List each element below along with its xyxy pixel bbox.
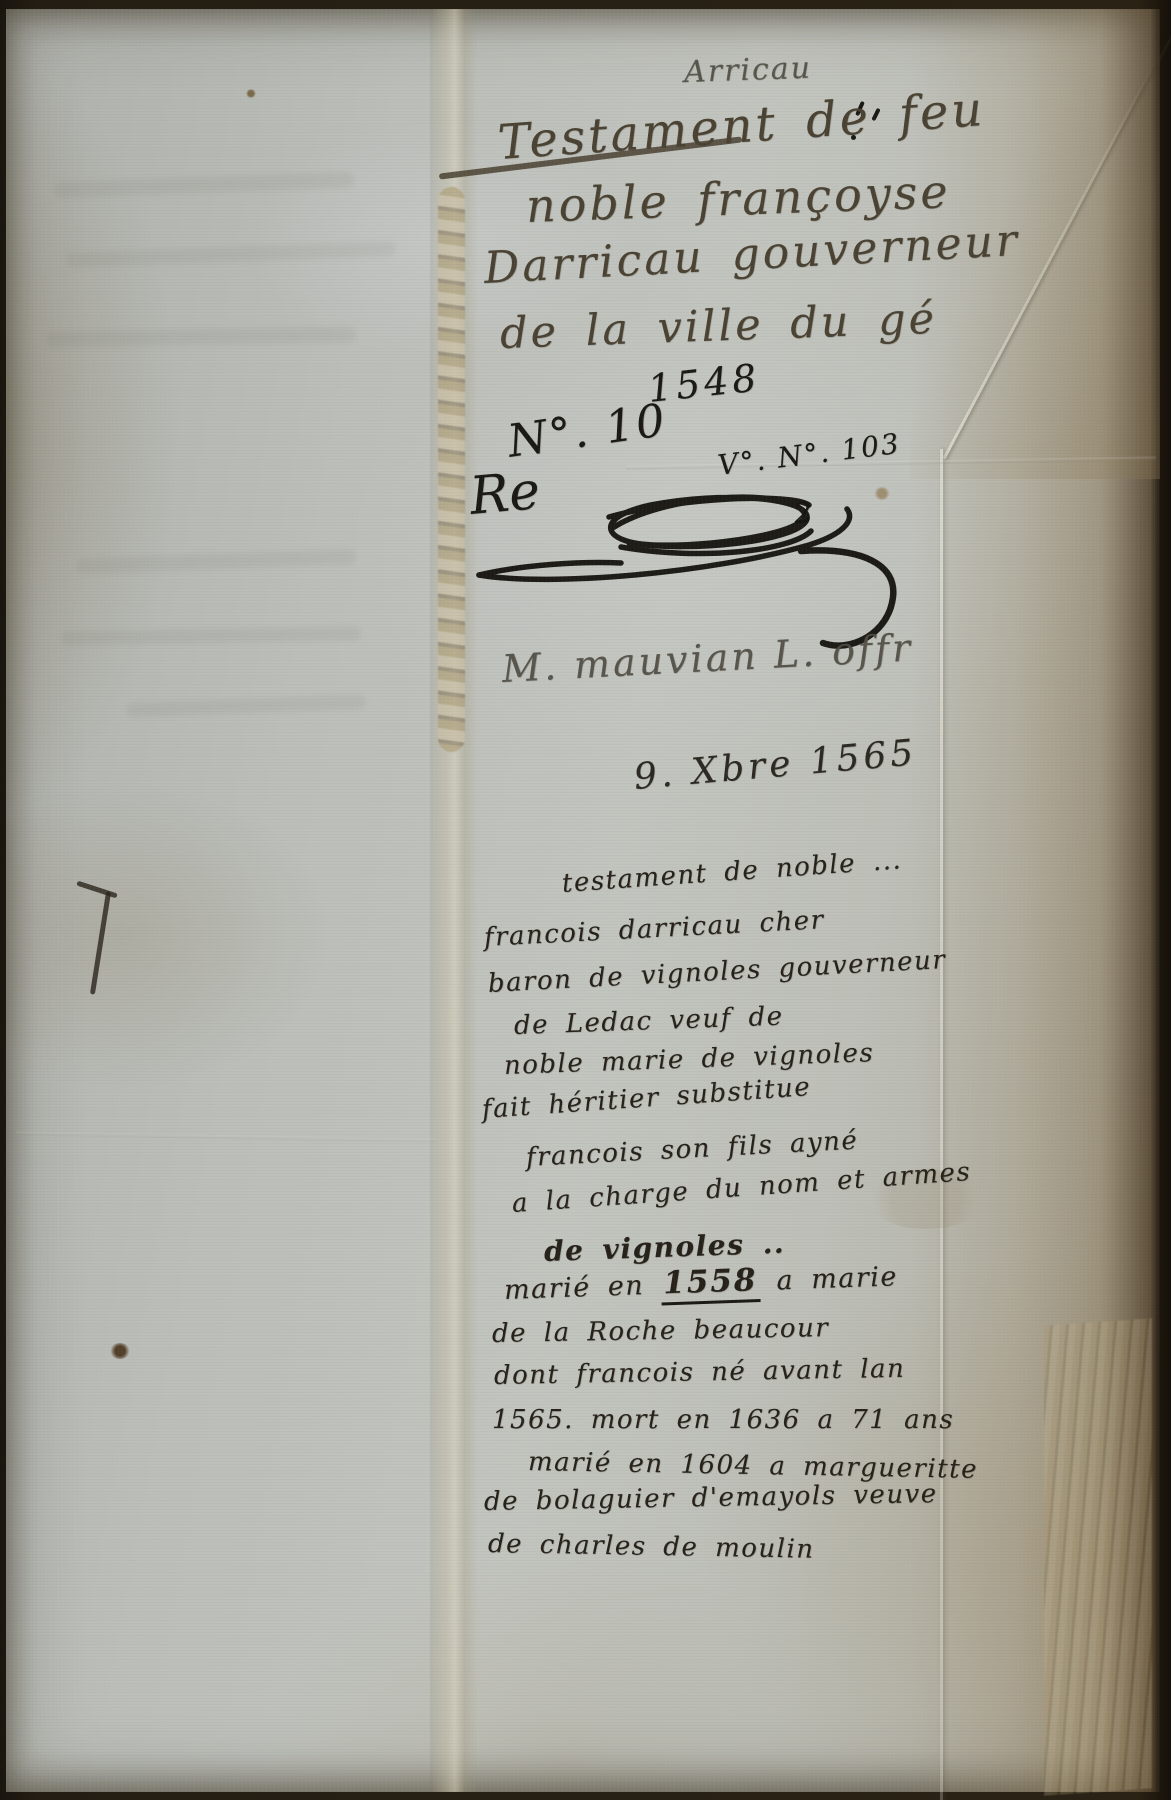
horizontal-crease bbox=[16, 1131, 436, 1142]
note-line: de charles de moulin bbox=[488, 1529, 815, 1565]
marriage-year-underlined: 1558 bbox=[661, 1262, 761, 1305]
stain bbox=[246, 89, 256, 98]
note-line: testament de noble ... bbox=[561, 845, 903, 899]
bleedthrough-mark bbox=[126, 695, 366, 717]
manuscript-page: Arricau Testament de feu noble françoyse… bbox=[6, 9, 1160, 1792]
title-line-4: de la ville du gé bbox=[499, 294, 938, 359]
stain bbox=[110, 1343, 130, 1359]
note-line: de Ledac veuf de bbox=[513, 1002, 784, 1041]
ink-smudge bbox=[90, 891, 111, 995]
bleedthrough-mark bbox=[46, 326, 356, 347]
ink-smudge bbox=[76, 881, 117, 899]
note-line: noble marie de vignoles bbox=[503, 1038, 874, 1081]
bleedthrough-mark bbox=[61, 626, 361, 645]
bleedthrough-mark bbox=[66, 241, 396, 268]
bleedthrough-mark bbox=[76, 549, 356, 574]
note-line: francois darricau cher bbox=[483, 905, 825, 953]
note-line: de la Roche beaucour bbox=[492, 1313, 830, 1349]
note-line: 1565. mort en 1636 a 71 ans bbox=[492, 1405, 954, 1435]
marriage-post: a marie bbox=[759, 1261, 898, 1297]
note-line: francois son fils ayné bbox=[525, 1126, 859, 1173]
bleedthrough-mark bbox=[54, 172, 354, 198]
note-line: de bolaguier d'emayols veuve bbox=[484, 1479, 938, 1517]
archival-header: Arricau bbox=[683, 51, 812, 90]
note-line: baron de vignoles gouverneur bbox=[487, 945, 947, 999]
note-line: dont francois né avant lan bbox=[494, 1354, 906, 1391]
date-line: 9. Xbre 1565 bbox=[632, 732, 919, 798]
manuscript-photo: Arricau Testament de feu noble françoyse… bbox=[0, 0, 1171, 1800]
page-stack-edges bbox=[1044, 1318, 1152, 1796]
marriage-pre: marié en bbox=[504, 1270, 662, 1306]
